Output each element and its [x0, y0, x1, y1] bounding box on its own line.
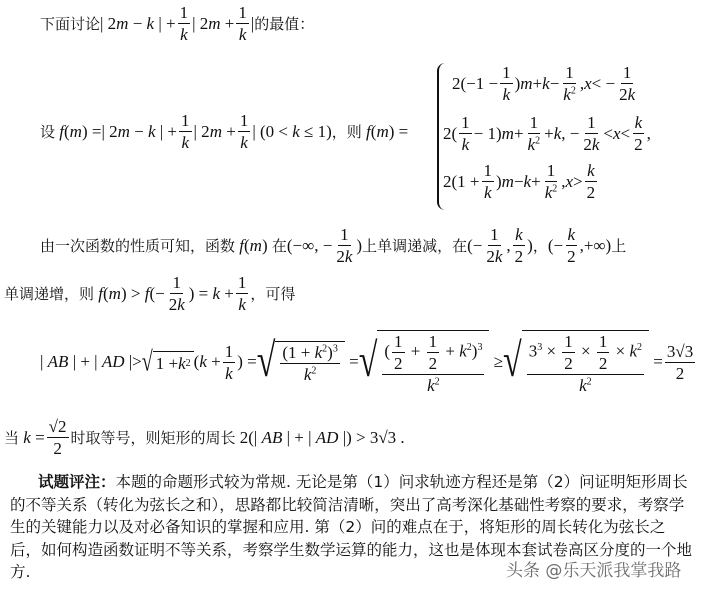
text: 上: [611, 235, 626, 256]
piece-1: 2(−1 − 1k)m + k − 1k2, x < − 12k: [452, 64, 639, 103]
fraction: 1k: [179, 112, 192, 151]
watermark: 头条 @乐天派我掌我路: [506, 556, 681, 581]
fraction: 1k: [238, 112, 251, 151]
text: ，: [533, 235, 548, 256]
text: 时取等号，则矩形的周长: [71, 427, 236, 448]
inequality-chain: | AB | + | AD |> √1 + k2 (k + 1k) = √(1 …: [40, 330, 701, 394]
text: 单调递增，则: [4, 283, 94, 304]
para1-line2: 单调递增，则 f(m) > f(− 12k) = k + 1k ，可得: [4, 274, 295, 313]
text: 上单调递减，在: [362, 235, 467, 256]
fraction: 1k: [236, 4, 249, 43]
piece-3: 2(1 + 1k)m − k + 1k2, x > k2: [443, 162, 599, 201]
text: 下面讨论: [40, 13, 100, 34]
para1-line1: 由一次函数的性质可知，函数 f(m) 在 (−∞, − 12k) 上单调递减，在…: [40, 226, 626, 265]
line-1: 下面讨论 | 2m − k | + 1k | 2m + 1k | 的最值：: [40, 4, 314, 43]
text: 设: [40, 121, 55, 142]
text: 在: [272, 235, 287, 256]
text: 由一次函数的性质可知，函数: [40, 235, 235, 256]
fraction: 1k: [178, 4, 191, 43]
text: 的最值：: [254, 13, 314, 34]
text: 则: [347, 121, 362, 142]
text: 当: [4, 427, 19, 448]
equality-line: 当 k = √22 时取等号，则矩形的周长 2(| AB | + | AD |)…: [4, 418, 405, 457]
comment-title: 试题评注：: [38, 473, 116, 491]
line-2: 设 f(m) =| 2m − k | + 1k | 2m + 1k | (0 <…: [40, 112, 408, 151]
text: ，可得: [250, 283, 295, 304]
piece-2: 2(1k − 1)m + 1k2 + k, − 12k < x < k2 ,: [443, 114, 651, 153]
